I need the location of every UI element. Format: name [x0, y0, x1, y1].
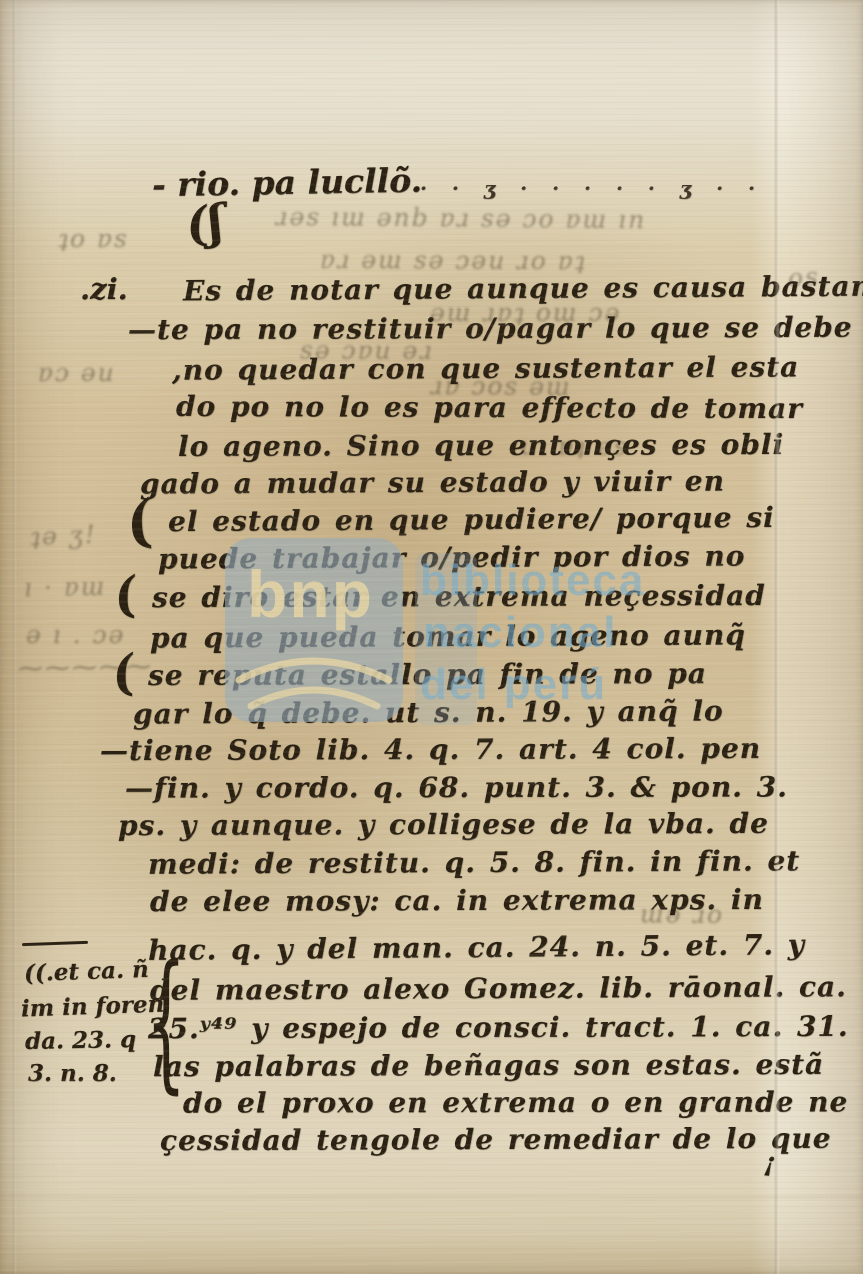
- margin-note-line: 3. n. 8.: [28, 1060, 117, 1087]
- page-fold-left: [13, 0, 16, 1274]
- manuscript-line: Es de notar que aunque es causa bastan: [183, 270, 863, 308]
- manuscript-line: el estado en que pudiere/ porque si: [168, 501, 775, 538]
- manuscript-line: do el proxo en extrema o en grande ne: [183, 1085, 848, 1119]
- margin-paragraph-number: .zi.: [80, 272, 128, 306]
- manuscript-line: —te pa no restituir o/pagar lo que se de…: [128, 311, 853, 347]
- bleedthrough-mark: ʇo ɐs: [58, 224, 178, 256]
- manuscript-line: do po no lo es para effecto de tomar: [176, 390, 803, 425]
- manuscript-line: puede trabajar o/pedir por dios no: [158, 539, 746, 575]
- margin-note-brace: {: [146, 946, 186, 1096]
- manuscript-line: del maestro alexo Gomez. lib. rāonal. ca…: [150, 970, 847, 1007]
- page-fold-right: [775, 0, 779, 1274]
- manuscript-page: ɹǝs ıɯ ǝnb ɐɹ sǝ ɔo ɐɯ ınʇo ɐsɐɹ ǝɯ sǝ ɔ…: [0, 0, 863, 1274]
- manuscript-line: gado a mudar su estado y viuir en: [140, 464, 725, 500]
- bleedthrough-mark: ı · ɐɯ: [24, 571, 165, 605]
- manuscript-line: se diro estar en extrema neçessidad: [152, 579, 766, 614]
- margin-note-line: ((.et ca. ñ: [24, 956, 150, 987]
- bleedthrough-mark: ɹǝs ıɯ ǝnb ɐɹ sǝ ɔo ɐɯ ın: [275, 202, 745, 238]
- heading-trailing-marks: · · ʒ · · · · · ʒ · ·: [420, 176, 764, 200]
- manuscript-line: çessidad tengole de remediar de lo que: [160, 1122, 832, 1157]
- manuscript-line: de elee mosy: ca. in extrema xps. in: [150, 883, 764, 918]
- manuscript-line: ,no quedar con que sustentar el esta: [172, 350, 799, 386]
- manuscript-line: las palabras de beñagas son estas. estã: [153, 1048, 824, 1083]
- manuscript-line: 25.ʸ⁴⁹ y espejo de consci. tract. 1. ca.…: [148, 1010, 849, 1045]
- manuscript-line: ps. y aunque. y colligese de la vba. de: [118, 807, 769, 842]
- manuscript-line: medi: de restitu. q. 5. 8. fin. in fin. …: [148, 844, 800, 880]
- margin-note-line: im in foren: [21, 991, 165, 1023]
- margin-note-line: da. 23. q: [25, 1026, 137, 1055]
- manuscript-line: gar lo q̃ debe. ut s. n. 19. y anq̃ lo: [133, 694, 724, 730]
- pen-flourish: (ʃ: [182, 194, 226, 253]
- page-crease-bottom: [0, 1196, 863, 1198]
- manuscript-line: se reputa estallo pa fin de no pa: [148, 657, 707, 692]
- manuscript-line: pa que pueda tomar lo ageno aunq̃: [150, 618, 746, 654]
- manuscript-line: —fin. y cordo. q. 68. punt. 3. & pon. 3.: [125, 770, 788, 804]
- manuscript-line: hac. q. y del man. ca. 24. n. 5. et. 7. …: [148, 928, 805, 967]
- manuscript-line: lo ageno. Sino que entonçes es obli: [178, 428, 784, 463]
- bleedthrough-mark: ɐɔ ǝu: [38, 358, 148, 390]
- manuscript-line: —tiene Soto lib. 4. q. 7. art. 4 col. pe…: [100, 732, 761, 767]
